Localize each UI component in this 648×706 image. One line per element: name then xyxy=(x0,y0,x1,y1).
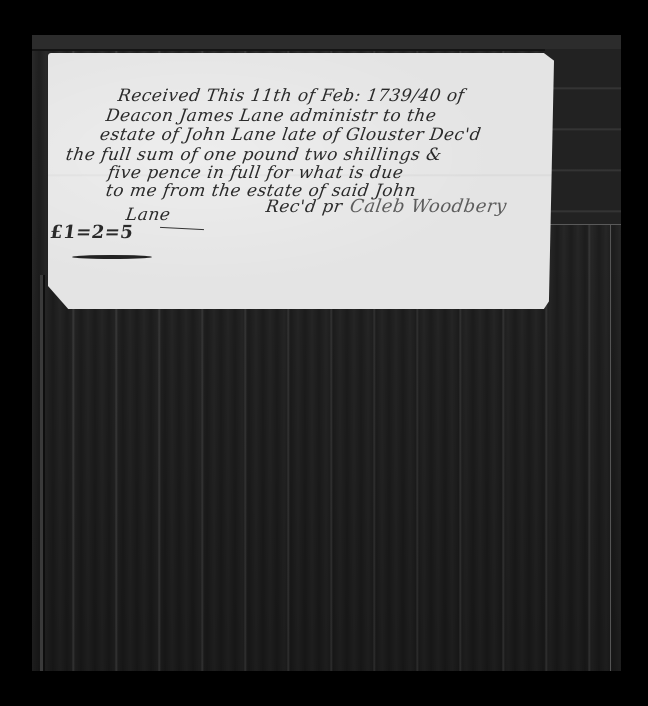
signature: Caleb Woodbery xyxy=(349,197,508,217)
board-right-panel xyxy=(545,49,621,225)
board-top-edge xyxy=(32,35,621,51)
receipt-line-4: the full sum of one pound two shillings … xyxy=(65,145,444,165)
amount-underline xyxy=(72,255,152,259)
receipt-line-5: five pence in full for what is due xyxy=(107,163,405,183)
receipt-line-1: Received This 11th of Feb: 1739/40 of xyxy=(117,86,466,106)
signature-prefix: Rec'd pr xyxy=(265,197,344,217)
lane-flourish xyxy=(160,227,204,230)
board-left-edge xyxy=(40,275,45,671)
amount-total: £1=2=5 xyxy=(49,223,135,243)
board-right-edge xyxy=(610,225,611,671)
receipt-line-2: Deacon James Lane administr to the xyxy=(105,106,438,126)
receipt-line-3: estate of John Lane late of Glouster Dec… xyxy=(99,125,483,145)
receipt-paper: Received This 11th of Feb: 1739/40 of De… xyxy=(48,53,554,309)
